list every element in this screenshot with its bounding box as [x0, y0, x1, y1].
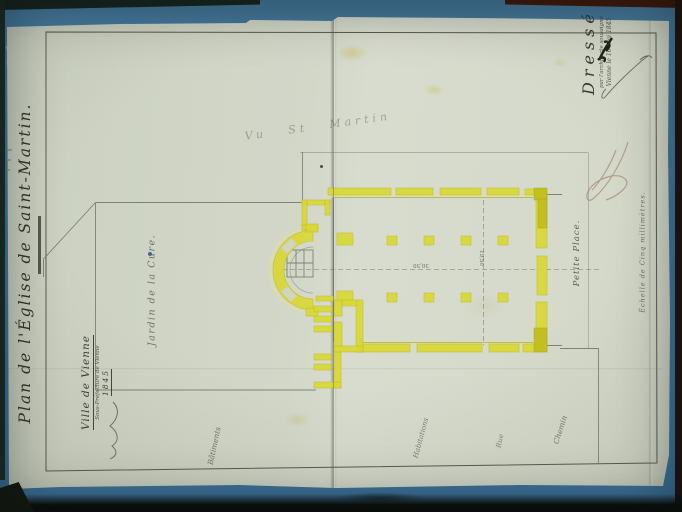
red-ink-paraph [587, 142, 628, 200]
sheet-title: Plan de l'Église de Saint-Martin. [17, 103, 35, 424]
stamp-year: 1845 [102, 369, 112, 396]
garden-label: Jardin de la Cure. [148, 234, 159, 346]
title-underline [38, 216, 41, 274]
petite-place-label: Petite Place. [573, 220, 583, 287]
ink-border-frame [46, 32, 657, 471]
attestation-line2: par l'architecte soussigné [599, 16, 605, 88]
edge-tick-marks [1, 150, 12, 170]
attestation-word: Dressé [580, 9, 598, 95]
dimension-width: 19,50 [478, 250, 484, 266]
stamp-subprefecture: Sous-Préfecture de Vienne [95, 345, 101, 419]
axis-dashed-lines [282, 200, 600, 345]
scale-label: Échelle de Cinq millimètres. [639, 191, 646, 313]
church-walls [273, 188, 547, 388]
yellow-wash-strips [270, 195, 547, 344]
altar-outline [287, 247, 313, 293]
stamp-city: Ville de Vienne [80, 335, 94, 430]
archival-photo-scene: Plan de l'Église de Saint-Martin. Ville … [0, 0, 682, 512]
attestation-line3: Vienne le 16 Mai 1845 [607, 18, 614, 87]
dimension-length: 30,50 [413, 262, 429, 268]
fold-crease-line [333, 20, 334, 488]
place-boundary-lines [300, 153, 599, 464]
mat-chalk-scribble [6, 46, 10, 86]
